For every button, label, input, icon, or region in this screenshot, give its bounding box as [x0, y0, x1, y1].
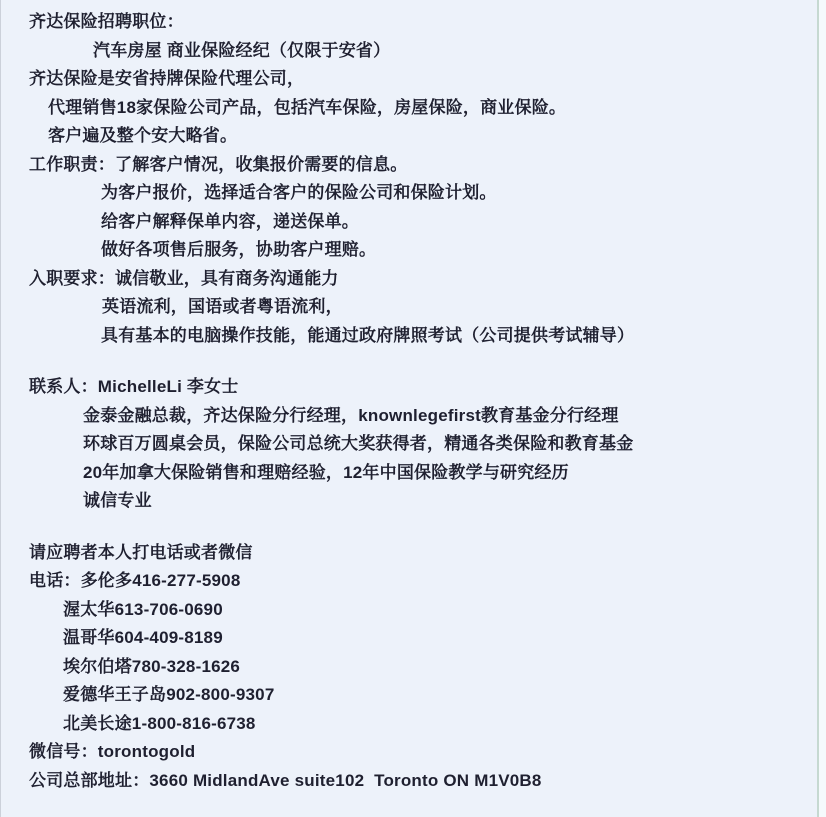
- text-line: 20年加拿大保险销售和理赔经验，12年中国保险教学与研究经历: [1, 459, 813, 488]
- text-line: 爱德华王子岛902-800-9307: [1, 681, 813, 710]
- text-line: 诚信专业: [1, 487, 813, 516]
- text-line: 给客户解释保单内容，递送保单。: [1, 208, 813, 237]
- blank-line: [1, 516, 813, 539]
- text-line: 齐达保险是安省持牌保险代理公司，: [1, 65, 813, 94]
- text-line: 公司总部地址：3660 MidlandAve suite102 Toronto …: [1, 767, 813, 796]
- text-line: 英语流利，国语或者粤语流利，: [1, 293, 813, 322]
- text-line: 汽车房屋 商业保险经纪（仅限于安省）: [1, 37, 813, 66]
- text-line: 温哥华604-409-8189: [1, 624, 813, 653]
- job-posting-text: 齐达保险招聘职位：汽车房屋 商业保险经纪（仅限于安省）齐达保险是安省持牌保险代理…: [1, 0, 813, 795]
- text-line: 电话：多伦多416-277-5908: [1, 567, 813, 596]
- blank-line: [1, 350, 813, 373]
- right-edge-strip: [819, 0, 826, 817]
- text-line: 齐达保险招聘职位：: [1, 8, 813, 37]
- text-line: 入职要求：诚信敬业，具有商务沟通能力: [1, 265, 813, 294]
- text-line: 客户遍及整个安大略省。: [1, 122, 813, 151]
- text-line: 工作职责：了解客户情况，收集报价需要的信息。: [1, 151, 813, 180]
- text-line: 环球百万圆桌会员，保险公司总统大奖获得者，精通各类保险和教育基金: [1, 430, 813, 459]
- text-line: 联系人：MichelleLi 李女士: [1, 373, 813, 402]
- job-posting-page: 齐达保险招聘职位：汽车房屋 商业保险经纪（仅限于安省）齐达保险是安省持牌保险代理…: [0, 0, 826, 817]
- text-line: 微信号：torontogold: [1, 738, 813, 767]
- text-line: 金泰金融总裁，齐达保险分行经理，knownlegefirst教育基金分行经理: [1, 402, 813, 431]
- text-line: 北美长途1-800-816-6738: [1, 710, 813, 739]
- text-line: 为客户报价，选择适合客户的保险公司和保险计划。: [1, 179, 813, 208]
- text-line: 代理销售18家保险公司产品，包括汽车保险，房屋保险，商业保险。: [1, 94, 813, 123]
- text-line: 具有基本的电脑操作技能，能通过政府牌照考试（公司提供考试辅导）: [1, 322, 813, 351]
- text-line: 埃尔伯塔780-328-1626: [1, 653, 813, 682]
- text-line: 做好各项售后服务，协助客户理赔。: [1, 236, 813, 265]
- text-line: 请应聘者本人打电话或者微信: [1, 539, 813, 568]
- text-line: 渥太华613-706-0690: [1, 596, 813, 625]
